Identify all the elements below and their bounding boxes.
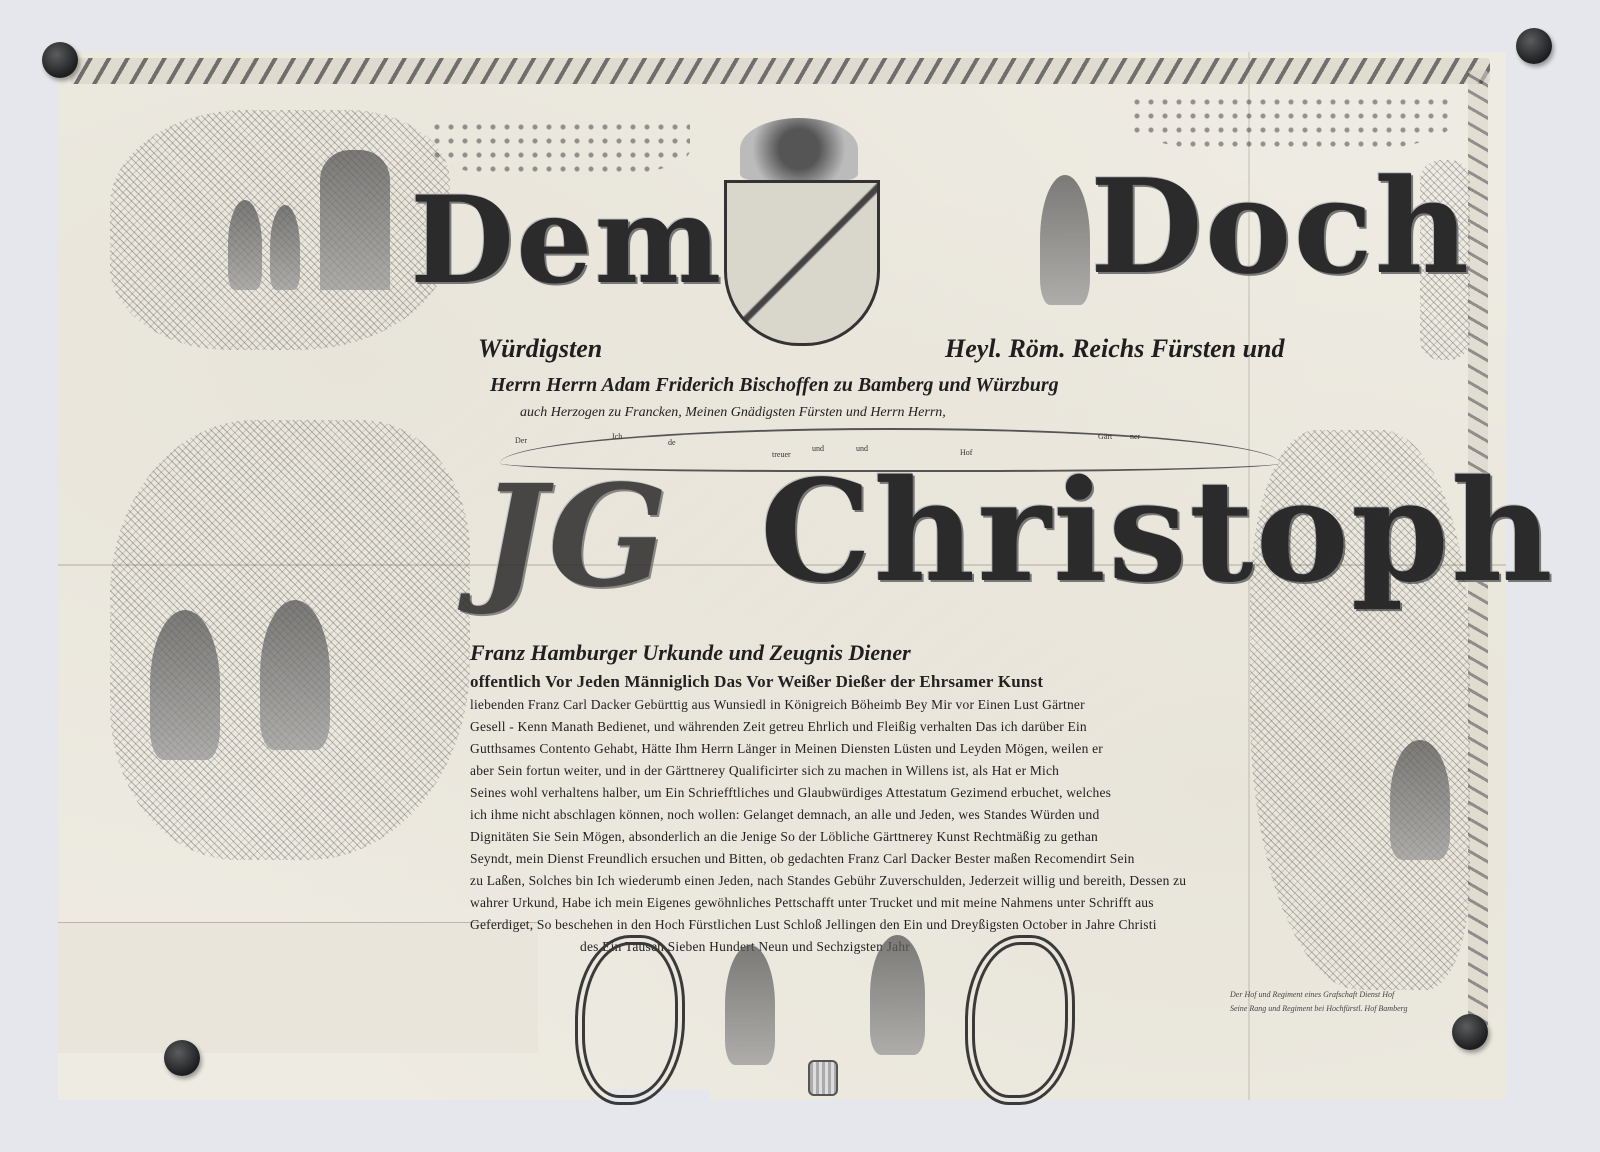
- bottom-cartouche-left: [575, 935, 685, 1105]
- folded-flap: [58, 922, 538, 1053]
- mounting-pin-icon: [164, 1040, 200, 1076]
- mounting-pin-icon: [42, 42, 78, 78]
- figure-maiden: [260, 600, 330, 750]
- header-line-2: Heyl. Röm. Reichs Fürsten und: [945, 334, 1285, 364]
- ribbon-word: Der: [515, 436, 527, 445]
- mounting-pin-icon: [1452, 1014, 1488, 1050]
- dancing-figure-with-glass: [725, 945, 775, 1065]
- name-initials: JG: [480, 455, 670, 619]
- coat-of-arms-shield: [724, 180, 880, 346]
- ribbon-word: de: [668, 438, 676, 447]
- margin-note-line: Seine Rang und Regiment bei Hochfürstl. …: [1230, 1002, 1407, 1016]
- certificate-subtitle: Franz Hamburger Urkunde und Zeugnis Dien…: [470, 640, 911, 666]
- ribbon-word: ner: [1130, 432, 1140, 441]
- body-line: wahrer Urkund, Habe ich mein Eigenes gew…: [470, 895, 1154, 911]
- crowned-helmets: [740, 118, 858, 180]
- body-line: Gutthsames Contento Gehabt, Hätte Ihm He…: [470, 741, 1103, 757]
- body-line: ich ihme nicht abschlagen können, noch w…: [470, 807, 1099, 823]
- rococo-ornament-right: [1250, 430, 1470, 990]
- body-line: liebenden Franz Carl Dacker Gebürttig au…: [470, 697, 1085, 713]
- header-line-4: auch Herzogen zu Francken, Meinen Gnädig…: [520, 405, 946, 421]
- gardener-figure: [1040, 175, 1090, 305]
- fruit-garland-right: [1130, 95, 1450, 155]
- body-line: Dignitäten Sie Sein Mögen, absonderlich …: [470, 829, 1098, 845]
- body-line: Seines wohl verhaltens halber, um Ein Sc…: [470, 785, 1111, 801]
- mounting-pin-icon: [1516, 28, 1552, 64]
- ribbon-word: Gärt: [1098, 432, 1112, 441]
- body-line: offentlich Vor Jeden Männiglich Das Vor …: [470, 672, 1043, 692]
- title-word-left: Dem: [410, 170, 723, 311]
- body-line: Gesell - Kenn Manath Bedienet, und währe…: [470, 719, 1087, 735]
- body-line: zu Laßen, Solches bin Ich wiederumb eine…: [470, 873, 1186, 889]
- putto-with-book: [1390, 740, 1450, 860]
- body-line: aber Sein fortun weiter, und in der Gärt…: [470, 763, 1059, 779]
- body-line: Seyndt, mein Dienst Freundlich ersuchen …: [470, 851, 1135, 867]
- header-line-1: Würdigsten: [478, 334, 602, 364]
- dancing-figure-right: [870, 935, 925, 1055]
- figure-flute-player: [150, 610, 220, 760]
- title-word-right: Doch: [1090, 150, 1471, 303]
- castle-tower: [320, 150, 390, 290]
- figure-woman: [228, 200, 262, 290]
- ribbon-word: Ich: [612, 432, 622, 441]
- margin-note: Der Hof und Regiment eines Grafschaft Di…: [1230, 988, 1407, 1016]
- bottom-cartouche-right: [965, 935, 1075, 1105]
- barrel-icon: [808, 1060, 838, 1096]
- figure-man: [270, 205, 300, 290]
- margin-note-line: Der Hof und Regiment eines Grafschaft Di…: [1230, 988, 1407, 1002]
- body-line: Geferdiget, So beschehen in den Hoch Für…: [470, 917, 1157, 933]
- header-line-3: Herrn Herrn Adam Friderich Bischoffen zu…: [490, 374, 1059, 397]
- twisted-rope-border-top: [70, 58, 1490, 84]
